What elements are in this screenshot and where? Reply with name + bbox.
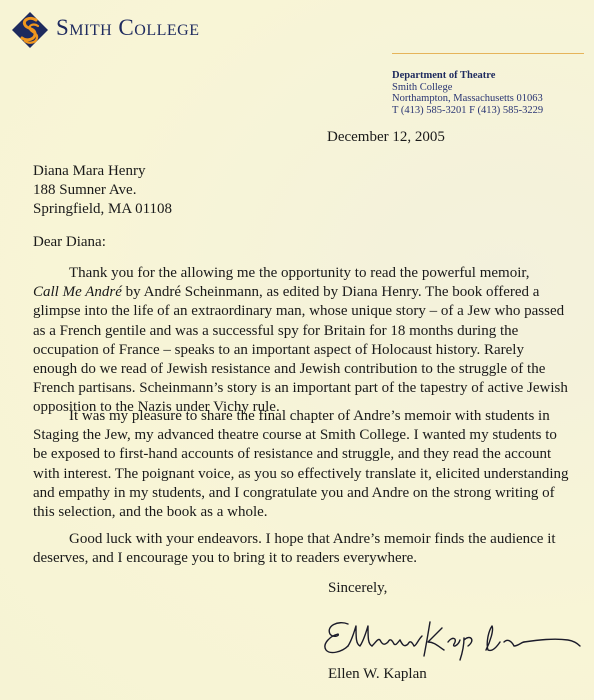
dept-address-line: Smith College (392, 82, 543, 94)
paragraph-line: occupation of France – speaks to an impo… (33, 341, 593, 360)
department-name: Department of Theatre (392, 70, 543, 82)
recipient-street: 188 Sumner Ave. (33, 181, 172, 200)
paragraph-line-text: by André Scheinmann, as edited by Diana … (122, 284, 540, 300)
paragraph-line: with interest. The poignant voice, as yo… (33, 465, 593, 484)
paragraph-line: It was my pleasure to share the final ch… (33, 407, 593, 426)
paragraph-line: Staging the Jew, my advanced theatre cou… (33, 426, 593, 445)
body-paragraph-3: Good luck with your endeavors. I hope th… (33, 530, 593, 568)
body-paragraph-2: It was my pleasure to share the final ch… (33, 407, 593, 522)
department-address-block: Department of Theatre Smith College Nort… (392, 70, 543, 116)
college-name: Smith College (56, 15, 199, 41)
letter-page: Smith College Department of Theatre Smit… (0, 0, 594, 700)
recipient-name: Diana Mara Henry (33, 162, 172, 181)
paragraph-line: Good luck with your endeavors. I hope th… (33, 530, 593, 549)
body-paragraph-1: Thank you for the allowing me the opport… (33, 264, 593, 418)
paragraph-line: French partisans. Scheinmann’s story is … (33, 379, 593, 398)
dept-address-line: Northampton, Massachusetts 01063 (392, 93, 543, 105)
recipient-address: Diana Mara Henry 188 Sumner Ave. Springf… (33, 162, 172, 219)
paragraph-line: be exposed to first-hand accounts of res… (33, 445, 593, 464)
paragraph-line: enough do we read of Jewish resistance a… (33, 360, 593, 379)
letter-date: December 12, 2005 (327, 129, 445, 146)
closing: Sincerely, (328, 580, 387, 597)
paragraph-line: Call Me André by André Scheinmann, as ed… (33, 283, 593, 302)
paragraph-line: Thank you for the allowing me the opport… (33, 264, 593, 283)
letterhead-rule (392, 53, 584, 54)
dept-phone-fax: T (413) 585-3201 F (413) 585-3229 (392, 105, 543, 117)
paragraph-line: this selection, and the book as a whole. (33, 503, 593, 522)
recipient-city: Springfield, MA 01108 (33, 200, 172, 219)
signer-name: Ellen W. Kaplan (328, 666, 427, 683)
paragraph-line: as a French gentile and was a successful… (33, 322, 593, 341)
paragraph-line: and empathy in my students, and I congra… (33, 484, 593, 503)
paragraph-line: glimpse into the life of an extraordinar… (33, 302, 593, 321)
smith-college-logo-icon (12, 12, 48, 48)
book-title: Call Me André (33, 284, 122, 300)
paragraph-line: deserves, and I encourage you to bring i… (33, 549, 593, 568)
handwritten-signature-icon (318, 612, 588, 662)
salutation: Dear Diana: (33, 234, 106, 251)
